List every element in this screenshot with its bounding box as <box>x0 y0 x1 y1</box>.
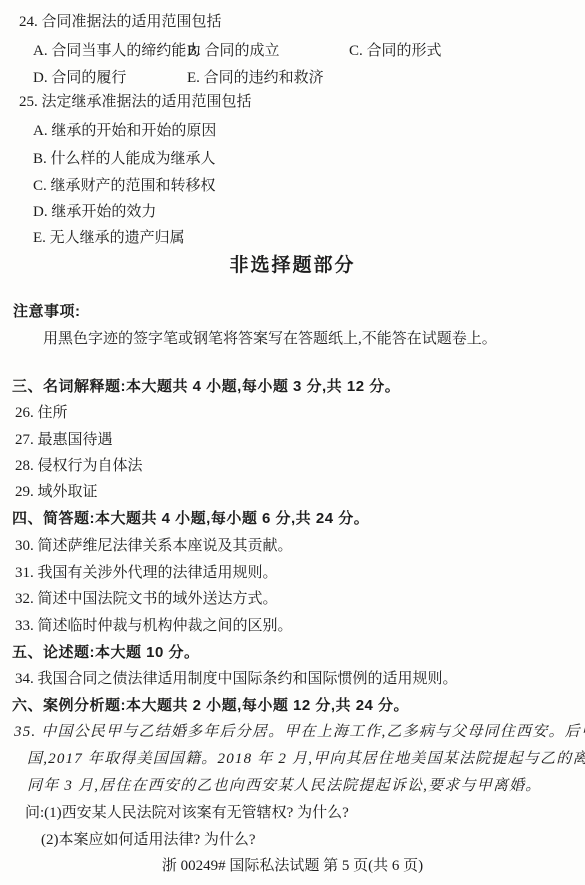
question-35-line-1: 35. 中国公民甲与乙结婚多年后分居。甲在上海工作,乙多病与父母同住西安。后甲移… <box>14 722 585 742</box>
q24-option-a: A. 合同当事人的缔约能力 <box>33 39 201 60</box>
question-33: 33. 简述临时仲裁与机构仲裁之间的区别。 <box>15 616 293 636</box>
section-4-heading: 四、简答题:本大题共 4 小题,每小题 6 分,共 24 分。 <box>12 509 369 529</box>
section-6-heading: 六、案例分析题:本大题共 2 小题,每小题 12 分,共 24 分。 <box>12 696 409 716</box>
q25-option-b: B. 什么样的人能成为继承人 <box>33 147 216 168</box>
question-24-number: 24. <box>19 14 38 30</box>
q24-option-c: C. 合同的形式 <box>349 39 442 60</box>
question-32: 32. 简述中国法院文书的域外送达方式。 <box>15 589 278 609</box>
q25-option-d: D. 继承开始的效力 <box>33 200 156 221</box>
q25-option-e: E. 无人继承的遗产归属 <box>33 226 185 247</box>
page-footer: 浙 00249# 国际私法试题 第 5 页(共 6 页) <box>0 856 585 876</box>
question-24-stem: 合同准据法的适用范围包括 <box>42 14 222 30</box>
q24-option-d: D. 合同的履行 <box>33 66 126 87</box>
exam-page: 24. 合同准据法的适用范围包括 A. 合同当事人的缔约能力 B. 合同的成立 … <box>0 0 585 885</box>
question-35-line-3: 同年 3 月,居住在西安的乙也向西安某人民法院提起诉讼,要求与甲离婚。 <box>27 776 542 796</box>
question-31: 31. 我国有关涉外代理的法律适用规则。 <box>15 563 278 583</box>
question-35-line-2: 国,2017 年取得美国国籍。2018 年 2 月,甲向其居住地美国某法院提起与… <box>27 749 585 769</box>
question-25-stem: 法定继承准据法的适用范围包括 <box>42 94 252 110</box>
question-25-number: 25. <box>19 94 38 110</box>
question-26: 26. 住所 <box>15 403 68 423</box>
q24-option-e: E. 合同的违约和救济 <box>187 66 324 87</box>
question-29: 29. 域外取证 <box>15 482 98 502</box>
q25-option-c: C. 继承财产的范围和转移权 <box>33 174 216 195</box>
question-28: 28. 侵权行为自体法 <box>15 456 143 476</box>
q25-option-a: A. 继承的开始和开始的原因 <box>33 119 216 140</box>
question-35-ask-2: (2)本案应如何适用法律? 为什么? <box>41 830 256 850</box>
part-heading: 非选择题部分 <box>0 256 585 276</box>
section-5-heading: 五、论述题:本大题 10 分。 <box>12 643 200 663</box>
notice-body: 用黑色字迹的签字笔或钢笔将答案写在答题纸上,不能答在试题卷上。 <box>43 329 497 349</box>
section-3-heading: 三、名词解释题:本大题共 4 小题,每小题 3 分,共 12 分。 <box>12 377 400 397</box>
q24-option-b: B. 合同的成立 <box>187 39 280 60</box>
question-27: 27. 最惠国待遇 <box>15 430 113 450</box>
question-25: 25. 法定继承准据法的适用范围包括 <box>19 92 252 112</box>
question-35-ask-1: 问:(1)西安某人民法院对该案有无管辖权? 为什么? <box>25 803 349 823</box>
question-24: 24. 合同准据法的适用范围包括 <box>19 12 222 32</box>
notice-title: 注意事项: <box>13 302 81 322</box>
question-30: 30. 简述萨维尼法律关系本座说及其贡献。 <box>15 536 293 556</box>
question-34: 34. 我国合同之债法律适用制度中国际条约和国际惯例的适用规则。 <box>15 669 458 689</box>
